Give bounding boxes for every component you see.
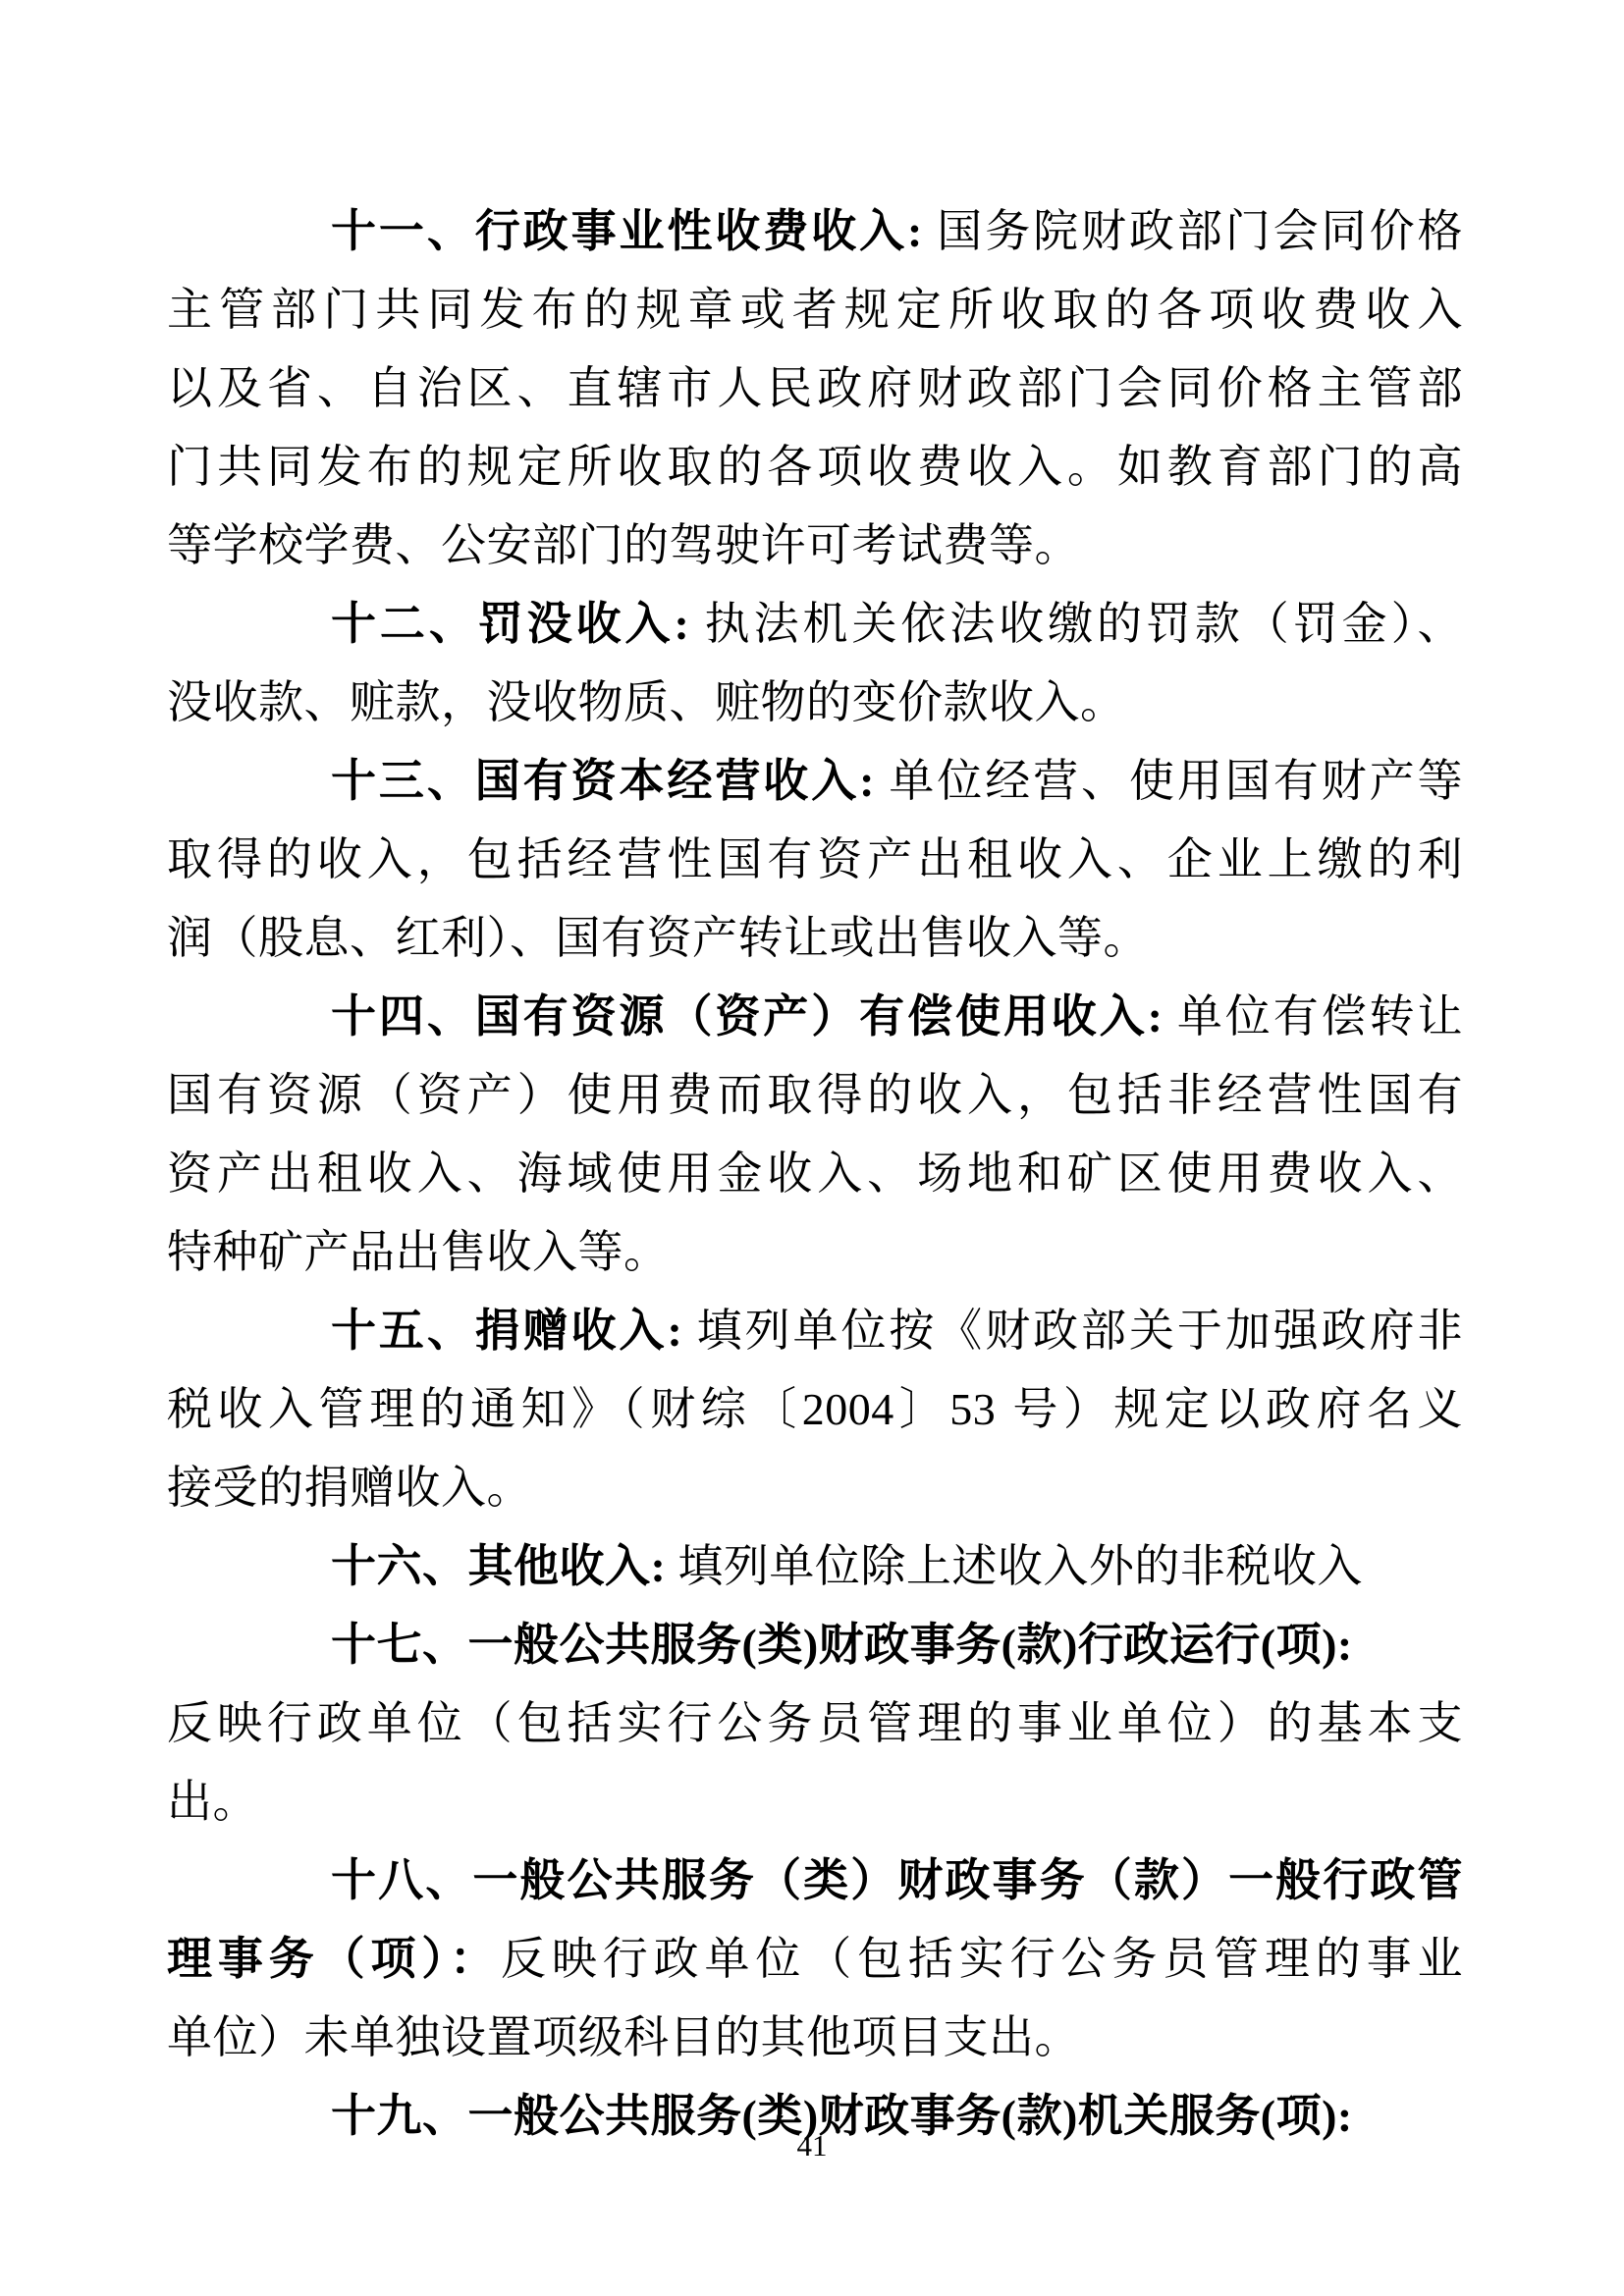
- heading-text: 十二、罚没收入:: [331, 599, 689, 649]
- body-text: 接受的捐赠收入。: [167, 1463, 532, 1513]
- page-number: 41: [0, 2128, 1624, 2163]
- body-text: 税收入管理的通知》（财综〔2004〕53 号）规定以政府名义: [167, 1384, 1463, 1434]
- body-text: 资产出租收入、海域使用金收入、场地和矿区使用费收入、: [167, 1148, 1463, 1199]
- heading-text: 十五、捐赠收入:: [331, 1306, 682, 1356]
- body-text: 门共同发布的规定所收取的各项收费收入。如教育部门的高: [167, 442, 1463, 492]
- body-text: 以及省、自治区、直辖市人民政府财政部门会同价格主管部: [167, 363, 1463, 413]
- text-line: 以及省、自治区、直辖市人民政府财政部门会同价格主管部: [167, 349, 1463, 428]
- body-text: 没收款、赃款，没收物质、赃物的变价款收入。: [167, 677, 1126, 727]
- text-line: 反映行政单位（包括实行公务员管理的事业单位）的基本支: [167, 1684, 1463, 1763]
- heading-text: 十七、一般公共服务(类)财政事务(款)行政运行(项):: [331, 1620, 1353, 1670]
- text-line: 取得的收入，包括经营性国有资产出租收入、企业上缴的利: [167, 821, 1463, 899]
- body-text: 单位有偿转让: [1163, 991, 1463, 1041]
- body-text: 等学校学费、公安部门的驾驶许可考试费等。: [167, 520, 1080, 570]
- body-text: 执法机关依法收缴的罚款（罚金）、: [689, 599, 1463, 649]
- body-text: 填列单位除上述收入外的非税收入: [666, 1541, 1363, 1591]
- body-text: 反映行政单位（包括实行公务员管理的事业单位）的基本支: [167, 1698, 1463, 1748]
- heading-text: 十六、其他收入:: [331, 1541, 666, 1591]
- heading-text: 十八、一般公共服务（类）财政事务（款）一般行政管: [331, 1855, 1463, 1905]
- text-line: 等学校学费、公安部门的驾驶许可考试费等。: [167, 507, 1463, 585]
- heading-text: 十四、国有资源（资产）有偿使用收入:: [331, 991, 1163, 1041]
- text-line: 特种矿产品出售收入等。: [167, 1213, 1463, 1292]
- text-line: 十三、国有资本经营收入: 单位经营、使用国有财产等: [167, 742, 1463, 821]
- heading-text: 十一、行政事业性收费收入:: [331, 206, 923, 256]
- text-line: 理事务（项）：反映行政单位（包括实行公务员管理的事业: [167, 1920, 1463, 1999]
- document-body: 十一、行政事业性收费收入: 国务院财政部门会同价格主管部门共同发布的规章或者规定…: [167, 192, 1463, 2156]
- body-text: 国有资源（资产）使用费而取得的收入，包括非经营性国有: [167, 1070, 1463, 1120]
- text-line: 十一、行政事业性收费收入: 国务院财政部门会同价格: [167, 192, 1463, 271]
- body-text: 取得的收入，包括经营性国有资产出租收入、企业上缴的利: [167, 834, 1463, 884]
- text-line: 出。: [167, 1763, 1463, 1842]
- text-line: 单位）未单独设置项级科目的其他项目支出。: [167, 1999, 1463, 2077]
- text-line: 润（股息、红利）、国有资产转让或出售收入等。: [167, 899, 1463, 978]
- body-text: 反映行政单位（包括实行公务员管理的事业: [501, 1934, 1463, 1984]
- body-text: 出。: [167, 1777, 258, 1827]
- body-text: 国务院财政部门会同价格: [923, 206, 1463, 256]
- heading-text: 十三、国有资本经营收入:: [331, 756, 875, 806]
- text-line: 接受的捐赠收入。: [167, 1449, 1463, 1527]
- text-line: 十四、国有资源（资产）有偿使用收入: 单位有偿转让: [167, 978, 1463, 1056]
- text-line: 十六、其他收入: 填列单位除上述收入外的非税收入: [167, 1527, 1463, 1606]
- body-text: 特种矿产品出售收入等。: [167, 1227, 670, 1277]
- text-line: 税收入管理的通知》（财综〔2004〕53 号）规定以政府名义: [167, 1370, 1463, 1449]
- text-line: 十五、捐赠收入: 填列单位按《财政部关于加强政府非: [167, 1292, 1463, 1370]
- text-line: 门共同发布的规定所收取的各项收费收入。如教育部门的高: [167, 428, 1463, 507]
- text-line: 十七、一般公共服务(类)财政事务(款)行政运行(项):: [167, 1606, 1463, 1684]
- text-line: 十二、罚没收入: 执法机关依法收缴的罚款（罚金）、: [167, 585, 1463, 664]
- text-line: 国有资源（资产）使用费而取得的收入，包括非经营性国有: [167, 1056, 1463, 1135]
- body-text: 润（股息、红利）、国有资产转让或出售收入等。: [167, 913, 1149, 963]
- text-line: 十八、一般公共服务（类）财政事务（款）一般行政管: [167, 1842, 1463, 1920]
- text-line: 没收款、赃款，没收物质、赃物的变价款收入。: [167, 664, 1463, 742]
- document-page: 十一、行政事业性收费收入: 国务院财政部门会同价格主管部门共同发布的规章或者规定…: [0, 0, 1624, 2296]
- text-line: 主管部门共同发布的规章或者规定所收取的各项收费收入: [167, 271, 1463, 349]
- text-line: 资产出租收入、海域使用金收入、场地和矿区使用费收入、: [167, 1135, 1463, 1213]
- heading-text: 理事务（项）：: [167, 1934, 501, 1984]
- body-text: 填列单位按《财政部关于加强政府非: [682, 1306, 1463, 1356]
- body-text: 单位）未单独设置项级科目的其他项目支出。: [167, 2012, 1080, 2062]
- body-text: 单位经营、使用国有财产等: [875, 756, 1463, 806]
- body-text: 主管部门共同发布的规章或者规定所收取的各项收费收入: [167, 285, 1463, 335]
